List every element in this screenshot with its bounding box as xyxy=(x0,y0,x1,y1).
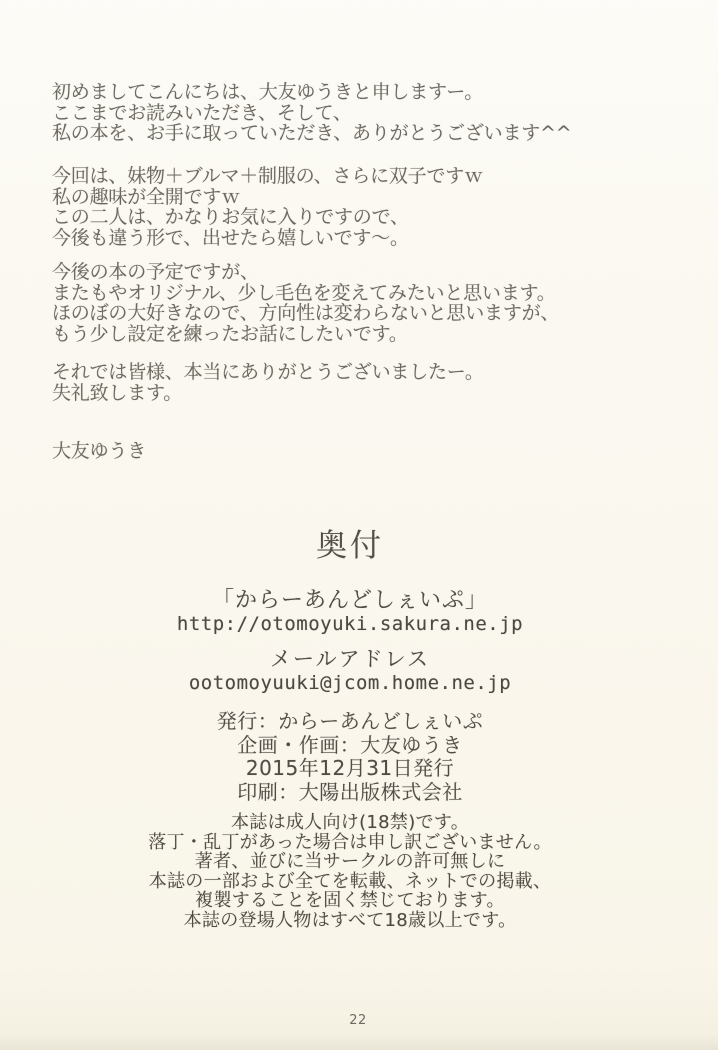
circle-website-url: http://otomoyuki.sakura.ne.jp xyxy=(0,613,700,635)
afterword-line: ここまでお読みいただき、そして、 xyxy=(52,103,571,124)
planning-art-line: 企画・作画：大友ゆうき xyxy=(0,734,700,758)
afterword-signature: 大友ゆうき xyxy=(52,441,146,462)
afterword-line: 今回は、妹物＋ブルマ＋制服の、さらに双子ですｗ xyxy=(52,166,483,187)
afterword-line: またもやオリジナル、少し毛色を変えてみたいと思います。 xyxy=(52,283,559,304)
disclaimer-line: 本誌は成人向け(18禁)です。 xyxy=(0,813,700,833)
afterword-paragraph-this-book: 今回は、妹物＋ブルマ＋制服の、さらに双子ですｗ 私の趣味が全開ですｗ この二人は… xyxy=(52,166,483,248)
afterword-line: それでは皆様、本当にありがとうございましたー。 xyxy=(52,362,484,383)
afterword-line: 初めましてこんにちは、大友ゆうきと申しますー。 xyxy=(52,82,571,103)
disclaimer-line: 本誌の登場人物はすべて18歳以上です。 xyxy=(0,911,700,931)
email-label: メールアドレス xyxy=(0,643,700,673)
disclaimer-line: 複製することを固く禁じております。 xyxy=(0,891,700,911)
disclaimer-line: 落丁・乱丁があった場合は申し訳ございません。 xyxy=(0,833,700,853)
afterword-paragraph-closing: それでは皆様、本当にありがとうございましたー。 失礼致します。 xyxy=(52,362,484,403)
publish-date-line: 2015年12月31日発行 xyxy=(0,757,700,781)
afterword-line: もう少し設定を練ったお話にしたいです。 xyxy=(52,324,559,345)
scanned-page: 初めましてこんにちは、大友ゆうきと申しますー。 ここまでお読みいただき、そして、… xyxy=(0,0,718,1050)
afterword-line: ほのぼの大好きなので、方向性は変わらないと思いますが、 xyxy=(52,303,559,324)
afterword-paragraph-greeting: 初めましてこんにちは、大友ゆうきと申しますー。 ここまでお読みいただき、そして、… xyxy=(52,82,571,144)
afterword-line: この二人は、かなりお気に入りですので、 xyxy=(52,207,483,228)
colophon-title: 奥付 xyxy=(0,520,700,565)
afterword-line: 私の趣味が全開ですｗ xyxy=(52,187,483,208)
publisher-line: 発行：からーあんどしぇいぷ xyxy=(0,710,700,734)
afterword-line: 今後も違う形で、出せたら嬉しいです～。 xyxy=(52,228,483,249)
afterword-line: 今後の本の予定ですが、 xyxy=(52,262,559,283)
publication-info: 発行：からーあんどしぇいぷ 企画・作画：大友ゆうき 2015年12月31日発行 … xyxy=(0,710,700,804)
page-number: 22 xyxy=(0,1013,716,1028)
circle-name: 「からーあんどしぇいぷ」 xyxy=(0,583,700,614)
printer-line: 印刷：大陽出版株式会社 xyxy=(0,781,700,805)
afterword-line: 私の本を、お手に取っていただき、ありがとうございます^^ xyxy=(52,123,571,144)
disclaimer-block: 本誌は成人向け(18禁)です。 落丁・乱丁があった場合は申し訳ございません。 著… xyxy=(0,813,700,931)
afterword-paragraph-future-plans: 今後の本の予定ですが、 またもやオリジナル、少し毛色を変えてみたいと思います。 … xyxy=(52,262,559,344)
afterword-line: 失礼致します。 xyxy=(52,383,484,404)
disclaimer-line: 著者、並びに当サークルの許可無しに xyxy=(0,852,700,872)
disclaimer-line: 本誌の一部および全てを転載、ネットでの掲載、 xyxy=(0,872,700,892)
email-address: ootomoyuuki@jcom.home.ne.jp xyxy=(0,672,700,694)
